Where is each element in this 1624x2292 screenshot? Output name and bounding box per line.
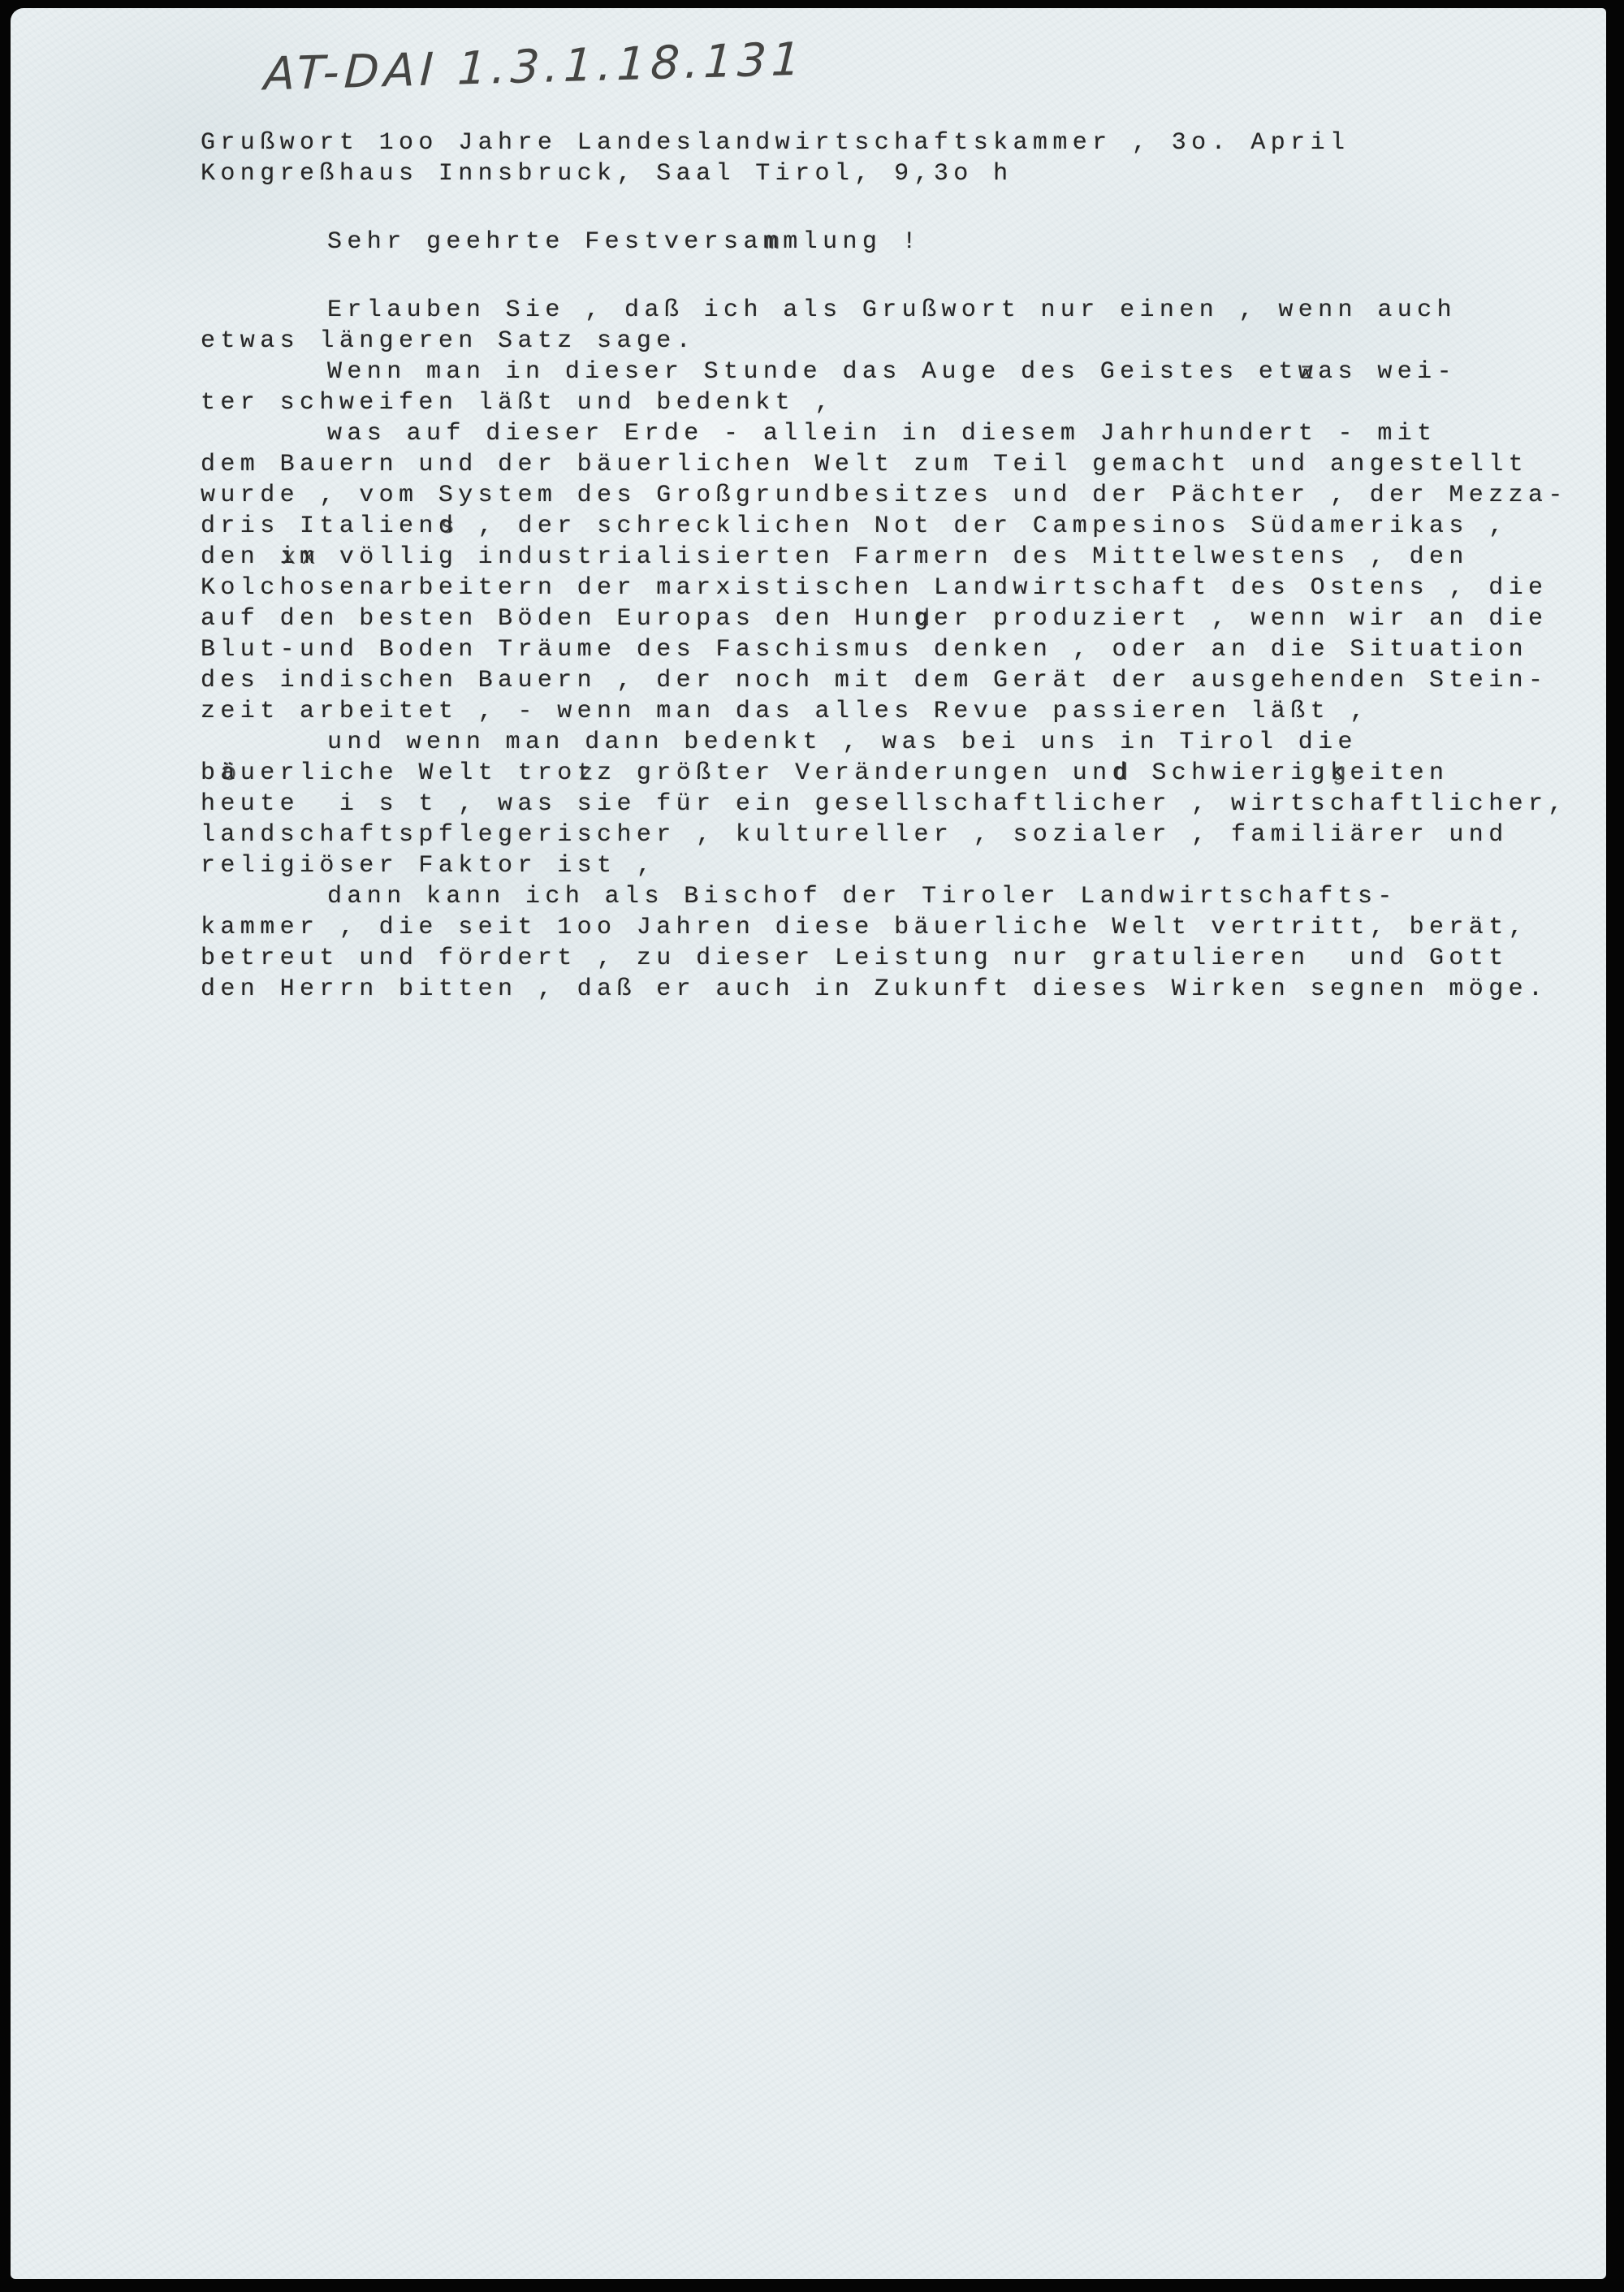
typed-line: heute i s t , was sie für ein gesellscha… <box>201 789 1597 819</box>
typed-line: kammer , die seit 1oo Jahren diese bäuer… <box>201 912 1597 943</box>
typewritten-text-block: Grußwort 1oo Jahre Landeslandwirtschafts… <box>201 128 1597 1005</box>
scanned-document-page: AT-DAI 1.3.1.18.131 Grußwort 1oo Jahre L… <box>0 0 1624 2292</box>
typed-line: bäöuerliche Welt trotzz größter Veränder… <box>201 758 1597 789</box>
overtyped-characters: imxx <box>280 542 320 573</box>
typed-line: betreut und fördert , zu dieser Leistung… <box>201 943 1597 974</box>
archive-reference-handwriting: AT-DAI 1.3.1.18.131 <box>263 33 806 102</box>
overtyped-characters: tz <box>577 758 597 789</box>
typed-line: dem Bauern und der bäuerlichen Welt zum … <box>201 449 1597 480</box>
typed-line: auf den besten Böden Europas den Hungder… <box>201 603 1597 634</box>
typed-line: den Herrn bitten , daß er auch in Zukunf… <box>201 974 1597 1005</box>
typed-line: Kolchosenarbeitern der marxistischen Lan… <box>201 573 1597 603</box>
typed-line: Erlauben Sie , daß ich als Grußwort nur … <box>201 295 1597 326</box>
typed-line: den imxx völlig industrialisierten Farme… <box>201 542 1597 573</box>
typed-line: und wenn man dann bedenkt , was bei uns … <box>201 727 1597 758</box>
overtyped-characters: kg <box>1330 758 1350 789</box>
typed-line: religiöser Faktor ist , <box>201 850 1597 881</box>
overtyped-characters: mm <box>763 227 783 257</box>
overtyped-characters: ds <box>438 511 458 542</box>
typed-line: dann kann ich als Bischof der Tiroler La… <box>201 881 1597 912</box>
typed-line: landschaftspflegerischer , kultureller ,… <box>201 819 1597 850</box>
typed-line: ter schweifen läßt und bedenkt , <box>201 387 1597 418</box>
overtyped-characters: wz <box>1298 357 1318 387</box>
overtyped-characters: gd <box>914 603 934 634</box>
typed-line: Wenn man in dieser Stunde das Auge des G… <box>201 357 1597 387</box>
typed-line: Blut-und Boden Träume des Faschismus den… <box>201 634 1597 665</box>
typed-line: Kongreßhaus Innsbruck, Saal Tirol, 9,3o … <box>201 158 1597 189</box>
typed-line: wurde , vom System des Großgrundbesitzes… <box>201 480 1597 511</box>
typed-line: des indischen Bauern , der noch mit dem … <box>201 665 1597 696</box>
overtyped-characters: äö <box>220 758 240 789</box>
typed-line: dris Italiends , der schrecklichen Not d… <box>201 511 1597 542</box>
overtyped-characters: dd <box>1112 758 1132 789</box>
typed-line: Sehr geehrte Festversammmlung ! <box>201 227 1597 257</box>
typed-line: was auf dieser Erde - allein in diesem J… <box>201 418 1597 449</box>
paper-sheet: AT-DAI 1.3.1.18.131 Grußwort 1oo Jahre L… <box>11 8 1606 2279</box>
typed-line: Grußwort 1oo Jahre Landeslandwirtschafts… <box>201 128 1597 158</box>
typed-line: zeit arbeitet , - wenn man das alles Rev… <box>201 696 1597 727</box>
typed-line: etwas längeren Satz sage. <box>201 326 1597 357</box>
